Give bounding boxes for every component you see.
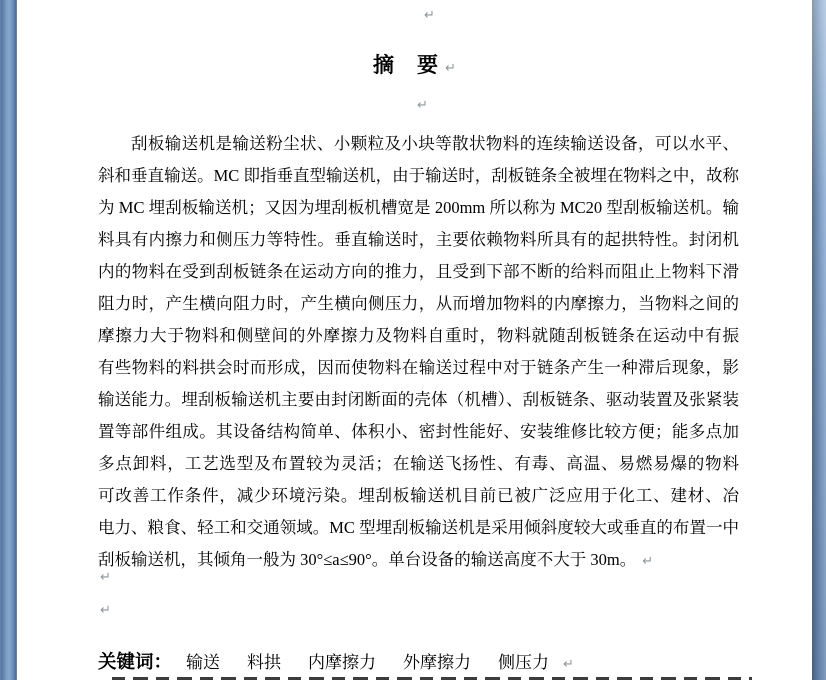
empty-paragraph: ↵ xyxy=(100,568,111,586)
body-line[interactable]: 斜和垂直输送。MC 即指垂直型输送机，由于输送时，刮板链条全被埋在物料之中，故称 xyxy=(98,160,739,192)
left-window-edge xyxy=(0,0,17,680)
body-line[interactable]: 刮板输送机是输送粉尘状、小颗粒及小块等散状物料的连续输送设备，可以水平、倾 xyxy=(98,128,739,160)
body-line[interactable]: 刮板输送机，其倾角一般为 30°≤a≤90°。单台设备的输送高度不大于 30m。… xyxy=(98,544,739,576)
abstract-title: 摘 要 xyxy=(373,53,439,77)
keywords-label: 关键词： xyxy=(98,653,172,673)
pilcrow-icon: ↵ xyxy=(100,570,111,585)
empty-paragraph: ↵ xyxy=(17,96,812,114)
body-line[interactable]: 内的物料在受到刮板链条在运动方向的推力，且受到下部不断的给料而阻止上物料下滑的 xyxy=(98,256,739,288)
keyword-item: 料拱 xyxy=(247,653,281,672)
empty-paragraph: ↵ xyxy=(17,6,812,24)
body-line[interactable]: 输送能力。埋刮板输送机主要由封闭断面的壳体（机槽）、刮板链条、驱动装置及张紧装 xyxy=(98,384,739,416)
body-line[interactable]: 摩擦力大于物料和侧壁间的外摩擦力及物料自重时，物料就随刮板链条在运动中有振动， xyxy=(98,320,739,352)
body-line[interactable]: 可改善工作条件，减少环境污染。埋刮板输送机目前已被广泛应用于化工、建材、冶金、 xyxy=(98,480,739,512)
body-line-text: 刮板输送机，其倾角一般为 30°≤a≤90°。单台设备的输送高度不大于 30m。 xyxy=(98,550,636,569)
pilcrow-icon: ↵ xyxy=(100,603,111,618)
pilcrow-icon: ↵ xyxy=(424,8,435,23)
keyword-item: 内摩擦力 xyxy=(308,653,376,672)
pilcrow-icon: ↵ xyxy=(642,554,653,569)
body-line[interactable]: 有些物料的料拱会时而形成，因而使物料在输送过程中对于链条产生一种滞后现象，影响 xyxy=(98,352,739,384)
keyword-item: 侧压力 xyxy=(498,653,549,672)
abstract-title-row: 摘 要↵ xyxy=(17,49,812,79)
keyword-item: 外摩擦力 xyxy=(403,653,471,672)
pilcrow-icon: ↵ xyxy=(417,98,428,113)
keywords-line[interactable]: 关键词：输送料拱内摩擦力外摩擦力侧压力↵ xyxy=(98,648,758,678)
body-line[interactable]: 阻力时，产生横向阻力时，产生横向侧压力，从而增加物料的内摩擦力，当物料之间的内 xyxy=(98,288,739,320)
pilcrow-icon: ↵ xyxy=(445,61,456,76)
body-line[interactable]: 多点卸料，工艺选型及布置较为灵活；在输送飞扬性、有毒、高温、易燃易爆的物料时， xyxy=(98,448,739,480)
body-line[interactable]: 料具有内擦力和侧压力等特性。垂直输送时，主要依赖物料所具有的起拱特性。封闭机槽 xyxy=(98,224,739,256)
body-line[interactable]: 置等部件组成。其设备结构简单、体积小、密封性能好、安装维修比较方便；能多点加料、 xyxy=(98,416,739,448)
body-line[interactable]: 电力、粮食、轻工和交通领域。MC 型埋刮板输送机是采用倾斜度较大或垂直的布置一中 xyxy=(98,512,739,544)
abstract-paragraph[interactable]: 刮板输送机是输送粉尘状、小颗粒及小块等散状物料的连续输送设备，可以水平、倾 斜和… xyxy=(98,128,739,576)
keyword-item: 输送 xyxy=(186,653,220,672)
document-page: ↵ 摘 要↵ ↵ 刮板输送机是输送粉尘状、小颗粒及小块等散状物料的连续输送设备，… xyxy=(0,0,826,680)
body-line[interactable]: 为 MC 埋刮板输送机；又因为埋刮板机槽宽是 200mm 所以称为 MC20 型… xyxy=(98,192,739,224)
right-window-edge xyxy=(812,0,826,680)
empty-paragraph: ↵ xyxy=(100,601,111,619)
pilcrow-icon: ↵ xyxy=(563,657,574,672)
